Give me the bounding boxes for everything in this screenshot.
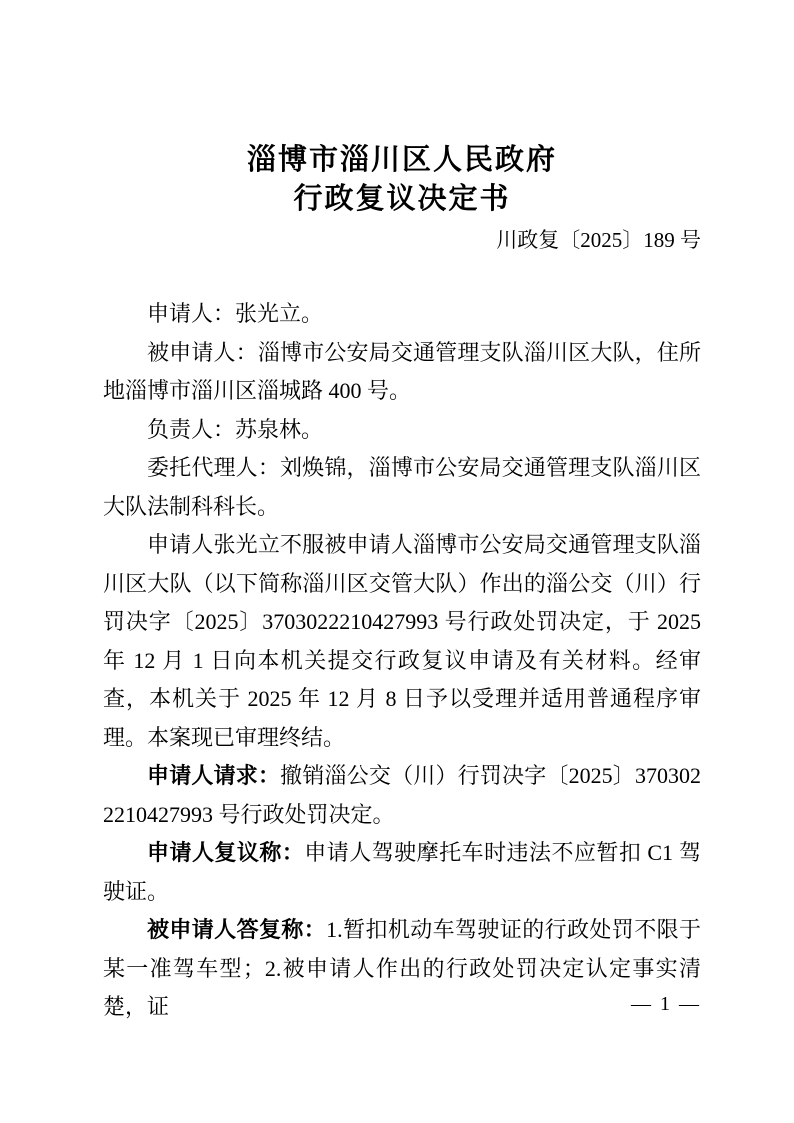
paragraph-label: 申请人复议称： xyxy=(147,840,304,865)
paragraph-text: 被申请人：淄博市公安局交通管理支队淄川区大队，住所地淄博市淄川区淄城路 400 … xyxy=(103,340,701,404)
paragraph-applicant-claim: 申请人复议称：申请人驾驶摩托车时违法不应暂扣 C1 驾驶证。 xyxy=(103,834,701,911)
paragraph-entrusted-agent: 委托代理人：刘焕锦，淄博市公安局交通管理支队淄川区大队法制科科长。 xyxy=(103,449,701,526)
paragraph-label: 被申请人答复称： xyxy=(147,917,326,942)
paragraph-text: 申请人张光立不服被申请人淄博市公安局交通管理支队淄川区大队（以下简称淄川区交管大… xyxy=(103,532,701,750)
paragraph-person-in-charge: 负责人：苏泉林。 xyxy=(103,411,701,450)
paragraph-text: 申请人：张光立。 xyxy=(147,301,323,326)
paragraph-respondent: 被申请人：淄博市公安局交通管理支队淄川区大队，住所地淄博市淄川区淄城路 400 … xyxy=(103,334,701,411)
paragraph-label: 申请人请求： xyxy=(147,763,280,788)
page-number: — 1 — xyxy=(103,991,701,1017)
document-title-block: 淄博市淄川区人民政府 行政复议决定书 xyxy=(103,141,701,219)
paragraph-case-summary: 申请人张光立不服被申请人淄博市公安局交通管理支队淄川区大队（以下简称淄川区交管大… xyxy=(103,526,701,757)
document-body: 申请人：张光立。 被申请人：淄博市公安局交通管理支队淄川区大队，住所地淄博市淄川… xyxy=(103,295,701,1027)
issuing-authority-title: 淄博市淄川区人民政府 xyxy=(103,141,701,180)
document-type-title: 行政复议决定书 xyxy=(103,180,701,219)
paragraph-text: 负责人：苏泉林。 xyxy=(147,417,323,442)
paragraph-applicant: 申请人：张光立。 xyxy=(103,295,701,334)
document-number: 川政复〔2025〕189 号 xyxy=(103,227,701,253)
paragraph-text: 委托代理人：刘焕锦，淄博市公安局交通管理支队淄川区大队法制科科长。 xyxy=(103,455,701,519)
paragraph-applicant-request: 申请人请求：撤销淄公交（川）行罚决字〔2025〕3703022210427993… xyxy=(103,757,701,834)
document-page: 淄博市淄川区人民政府 行政复议决定书 川政复〔2025〕189 号 申请人：张光… xyxy=(0,0,794,1123)
